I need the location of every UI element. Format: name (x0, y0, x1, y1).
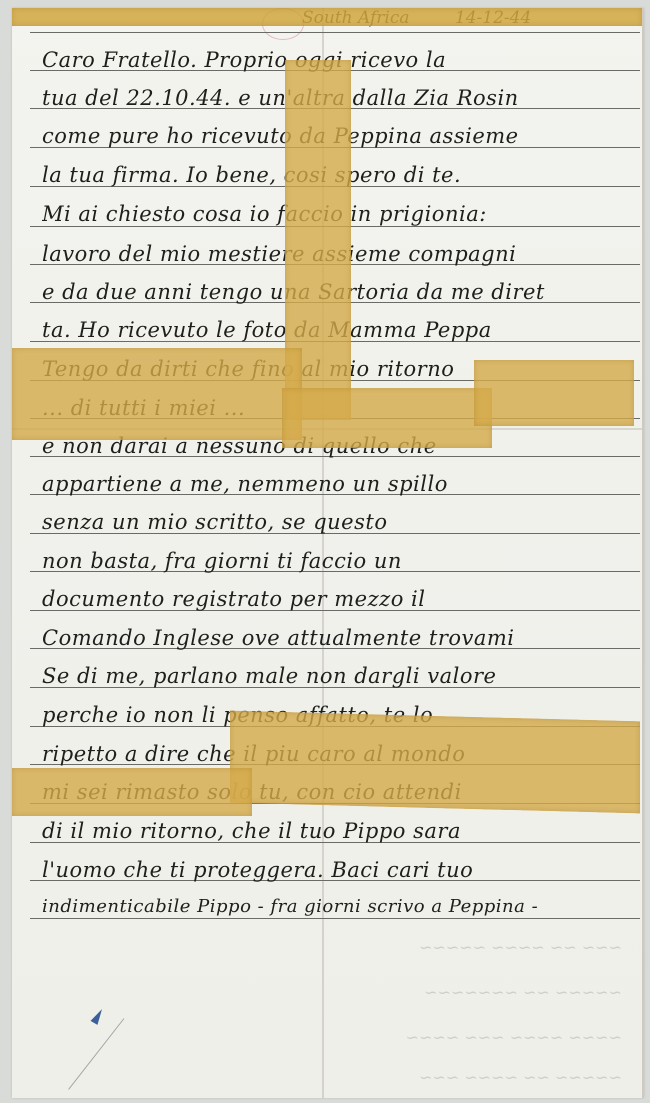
tape-strip-top (12, 8, 642, 26)
bleed-through-text: ~~~~~ ~~ ~~~~ ~~~ (52, 1068, 622, 1087)
letter-line: Se di me, parlano male non dargli valore (42, 664, 634, 688)
ruled-line (30, 918, 640, 919)
letter-line: di il mio ritorno, che il tuo Pippo sara (42, 819, 634, 843)
bleed-through-text: ~~~ ~~ ~~~~ ~~~~~ (52, 938, 622, 957)
bleed-through-text: ~~~~ ~~~~ ~~~ ~~~~ (52, 1028, 622, 1047)
ruled-line (30, 32, 640, 33)
letter-sheet: South Africa 14-12-44 Caro Fratello. Pro… (12, 8, 644, 1098)
letter-line: indimenticabile Pippo - fra giorni scriv… (42, 896, 634, 917)
tape-strip-middle-right (474, 360, 634, 426)
letter-line: appartiene a me, nemmeno un spillo (42, 472, 634, 496)
letter-line: non basta, fra giorni ti faccio un (42, 549, 634, 573)
letter-line: senza un mio scritto, se questo (42, 510, 634, 534)
letter-line: documento registrato per mezzo il (42, 587, 634, 611)
letter-line: l'uomo che ti proteggera. Baci cari tuo (42, 858, 634, 882)
letter-line: Comando Inglese ove attualmente trovami (42, 626, 634, 650)
blue-ink-mark (91, 1007, 106, 1025)
tape-strip-middle-left (12, 348, 302, 440)
tape-strip-middle-center (282, 388, 492, 448)
bleed-through-text: ~~~~~ ~~ ~~~~~~~ (52, 983, 622, 1002)
tape-strip-lower-left (12, 768, 252, 816)
tape-strip-lower-right (230, 711, 640, 814)
